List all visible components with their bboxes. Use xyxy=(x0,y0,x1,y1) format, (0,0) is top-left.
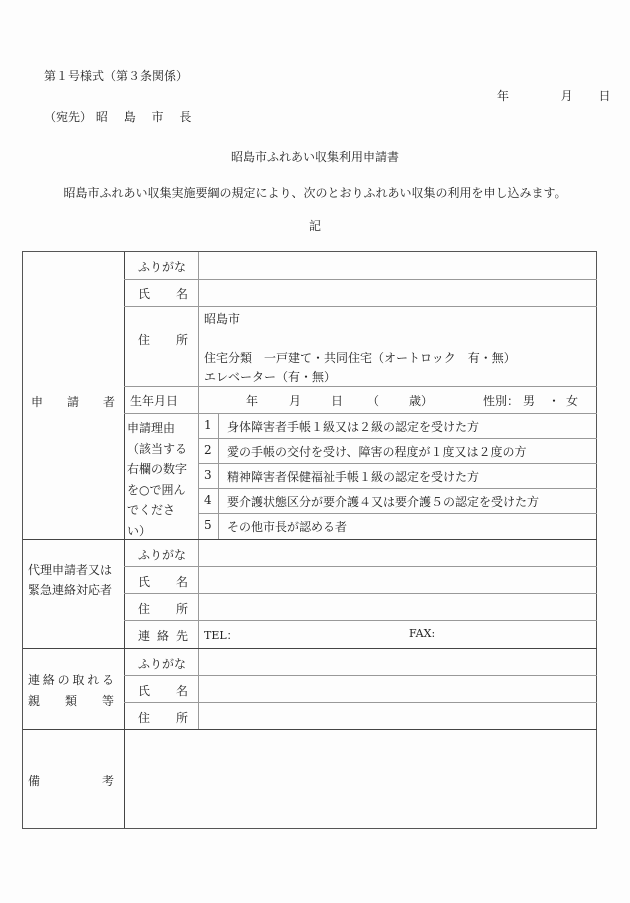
label-char: 考 xyxy=(102,772,114,789)
reason-label-line: 右欄の数字 xyxy=(127,459,187,480)
date-line: 年 月 日 xyxy=(497,87,611,104)
tel-label: TEL： xyxy=(204,627,238,643)
label-char: 氏 xyxy=(138,682,150,699)
reason-number[interactable]: 1 xyxy=(204,418,212,432)
proxy-tel-field[interactable]: TEL： xyxy=(199,621,409,648)
label-char: 申 xyxy=(31,393,43,410)
label-char: 住 xyxy=(138,331,150,348)
label-char: 取 xyxy=(72,670,84,691)
applicant-address-label: 住 所 xyxy=(138,331,188,348)
addressee-char: 市 xyxy=(152,110,164,124)
reason-label-line: い） xyxy=(127,521,187,542)
label-char: 備 xyxy=(28,772,40,789)
reason-label-line: を○で囲ん xyxy=(127,480,187,501)
proxy-fax-field[interactable]: FAX: xyxy=(409,621,597,648)
applicant-name-field[interactable] xyxy=(199,280,597,306)
birth-month-unit: 月 xyxy=(289,392,301,409)
sex-female-option[interactable]: 女 xyxy=(566,392,578,409)
age-open-paren: （ xyxy=(367,392,379,409)
reason-text: 精神障害者保健福祉手帳１級の認定を受けた方 xyxy=(227,468,479,485)
label-char: の xyxy=(58,670,70,691)
proxy-name-field[interactable] xyxy=(199,567,597,593)
label-char: 連 xyxy=(28,670,40,691)
label-char: 名 xyxy=(176,682,188,699)
label-char: 氏 xyxy=(138,573,150,590)
age-unit: 歳） xyxy=(409,392,433,409)
label-char: 氏 xyxy=(138,285,150,302)
relatives-address-field[interactable] xyxy=(199,703,597,729)
document-title: 昭島市ふれあい収集利用申請書 xyxy=(0,148,630,165)
applicant-furigana-field[interactable] xyxy=(199,253,597,279)
reason-number[interactable]: 5 xyxy=(204,518,212,532)
proxy-address-label: 住 所 xyxy=(138,600,188,617)
label-char: 請 xyxy=(67,393,79,410)
label-char: 名 xyxy=(176,573,188,590)
proxy-address-field[interactable] xyxy=(199,594,597,620)
housing-type: 住宅分類 一戸建て・共同住宅（オートロック 有・無） xyxy=(204,349,516,366)
proxy-furigana-field[interactable] xyxy=(199,540,597,566)
remarks-label: 備 考 xyxy=(28,772,114,789)
proxy-furigana-label: ふりがな xyxy=(138,546,186,563)
label-char: 所 xyxy=(176,709,188,726)
reason-label-line: でくださ xyxy=(127,500,187,521)
label-char: る xyxy=(102,670,114,691)
label-char: 等 xyxy=(102,691,114,712)
relatives-name-field[interactable] xyxy=(199,676,597,702)
label-char: れ xyxy=(87,670,99,691)
label-char: 住 xyxy=(138,709,150,726)
reason-option[interactable]: 4 要介護状態区分が要介護４又は要介護５の認定を受けた方 xyxy=(199,489,597,513)
addressee-char: 昭 xyxy=(96,110,108,124)
addressee-char: 島 xyxy=(124,110,136,124)
intro-text: 昭島市ふれあい収集実施要綱の規定により、次のとおりふれあい収集の利用を申し込みま… xyxy=(0,184,630,201)
birthdate-label: 生年月日 xyxy=(130,392,178,409)
date-year: 年 xyxy=(497,87,509,104)
label-char: 先 xyxy=(176,627,188,644)
label-char: 連 xyxy=(138,627,150,644)
reason-text: その他市長が認める者 xyxy=(227,518,347,535)
applicant-furigana-label: ふりがな xyxy=(138,258,186,275)
reason-label: 申請理由 （該当する 右欄の数字 を○で囲ん でくださ い） xyxy=(127,418,187,541)
applicant-address-field[interactable]: 昭島市 住宅分類 一戸建て・共同住宅（オートロック 有・無） エレベーター（有・… xyxy=(199,307,597,386)
sex-label: 性別： xyxy=(483,392,519,409)
label-char: 名 xyxy=(176,285,188,302)
label-char: 類 xyxy=(65,691,77,712)
date-day: 日 xyxy=(599,87,611,104)
label-char: 絡 xyxy=(157,627,169,644)
birth-year-unit: 年 xyxy=(246,392,258,409)
separator: ・ xyxy=(548,392,560,409)
reason-text: 愛の手帳の交付を受け、障害の程度が１度又は２度の方 xyxy=(227,443,527,460)
relatives-section-label: 連 絡 の 取 れ る 親 類 等 xyxy=(28,670,114,712)
label-char: 所 xyxy=(176,600,188,617)
label-char: 者 xyxy=(103,393,115,410)
label-char: 住 xyxy=(138,600,150,617)
label-line: 緊急連絡対応者 xyxy=(28,580,112,600)
addressee-char: 長 xyxy=(179,110,191,124)
reason-label-line: 申請理由 xyxy=(127,418,187,439)
application-table: 申 請 者 ふりがな 氏 名 住 所 昭島市 住宅分類 一戸建て・共同住宅（オー… xyxy=(22,251,597,829)
relatives-name-label: 氏 名 xyxy=(138,682,188,699)
reason-option[interactable]: 3 精神障害者保健福祉手帳１級の認定を受けた方 xyxy=(199,464,597,488)
addressee-prefix: （宛先） xyxy=(44,110,92,124)
sex-male-option[interactable]: 男 xyxy=(523,392,535,409)
applicant-section-label: 申 請 者 xyxy=(31,393,115,410)
applicant-name-label: 氏 名 xyxy=(138,285,188,302)
reason-number[interactable]: 3 xyxy=(204,468,212,482)
elevator: エレベーター（有・無） xyxy=(204,368,336,385)
reason-text: 身体障害者手帳１級又は２級の認定を受けた方 xyxy=(227,418,479,435)
label-char: 所 xyxy=(176,331,188,348)
relatives-furigana-label: ふりがな xyxy=(138,655,186,672)
reason-option[interactable]: 5 その他市長が認める者 xyxy=(199,514,597,538)
label-line: 代理申請者又は xyxy=(28,560,112,580)
proxy-section-label: 代理申請者又は 緊急連絡対応者 xyxy=(28,560,112,600)
relatives-furigana-field[interactable] xyxy=(199,649,597,675)
proxy-contact-label: 連 絡 先 xyxy=(138,627,188,644)
reason-text: 要介護状態区分が要介護４又は要介護５の認定を受けた方 xyxy=(227,493,539,510)
reason-option[interactable]: 1 身体障害者手帳１級又は２級の認定を受けた方 xyxy=(199,414,597,438)
addressee: （宛先） 昭 島 市 長 xyxy=(44,108,191,125)
proxy-name-label: 氏 名 xyxy=(138,573,188,590)
form-number: 第１号様式（第３条関係） xyxy=(44,67,188,84)
relatives-address-label: 住 所 xyxy=(138,709,188,726)
fax-label: FAX: xyxy=(409,627,435,640)
ki-marker: 記 xyxy=(0,217,630,234)
reason-number[interactable]: 2 xyxy=(204,443,212,457)
reason-number[interactable]: 4 xyxy=(204,493,212,507)
address-city: 昭島市 xyxy=(204,310,240,327)
remarks-field[interactable] xyxy=(125,730,597,828)
birth-day-unit: 日 xyxy=(331,392,343,409)
label-char: 絡 xyxy=(43,670,55,691)
reason-label-line: （該当する xyxy=(127,439,187,460)
reason-option[interactable]: 2 愛の手帳の交付を受け、障害の程度が１度又は２度の方 xyxy=(199,439,597,463)
date-month: 月 xyxy=(561,87,573,104)
label-char: 親 xyxy=(28,691,40,712)
birthdate-field[interactable]: 年 月 日 （ 歳） 性別： 男 ・ 女 xyxy=(199,387,597,413)
